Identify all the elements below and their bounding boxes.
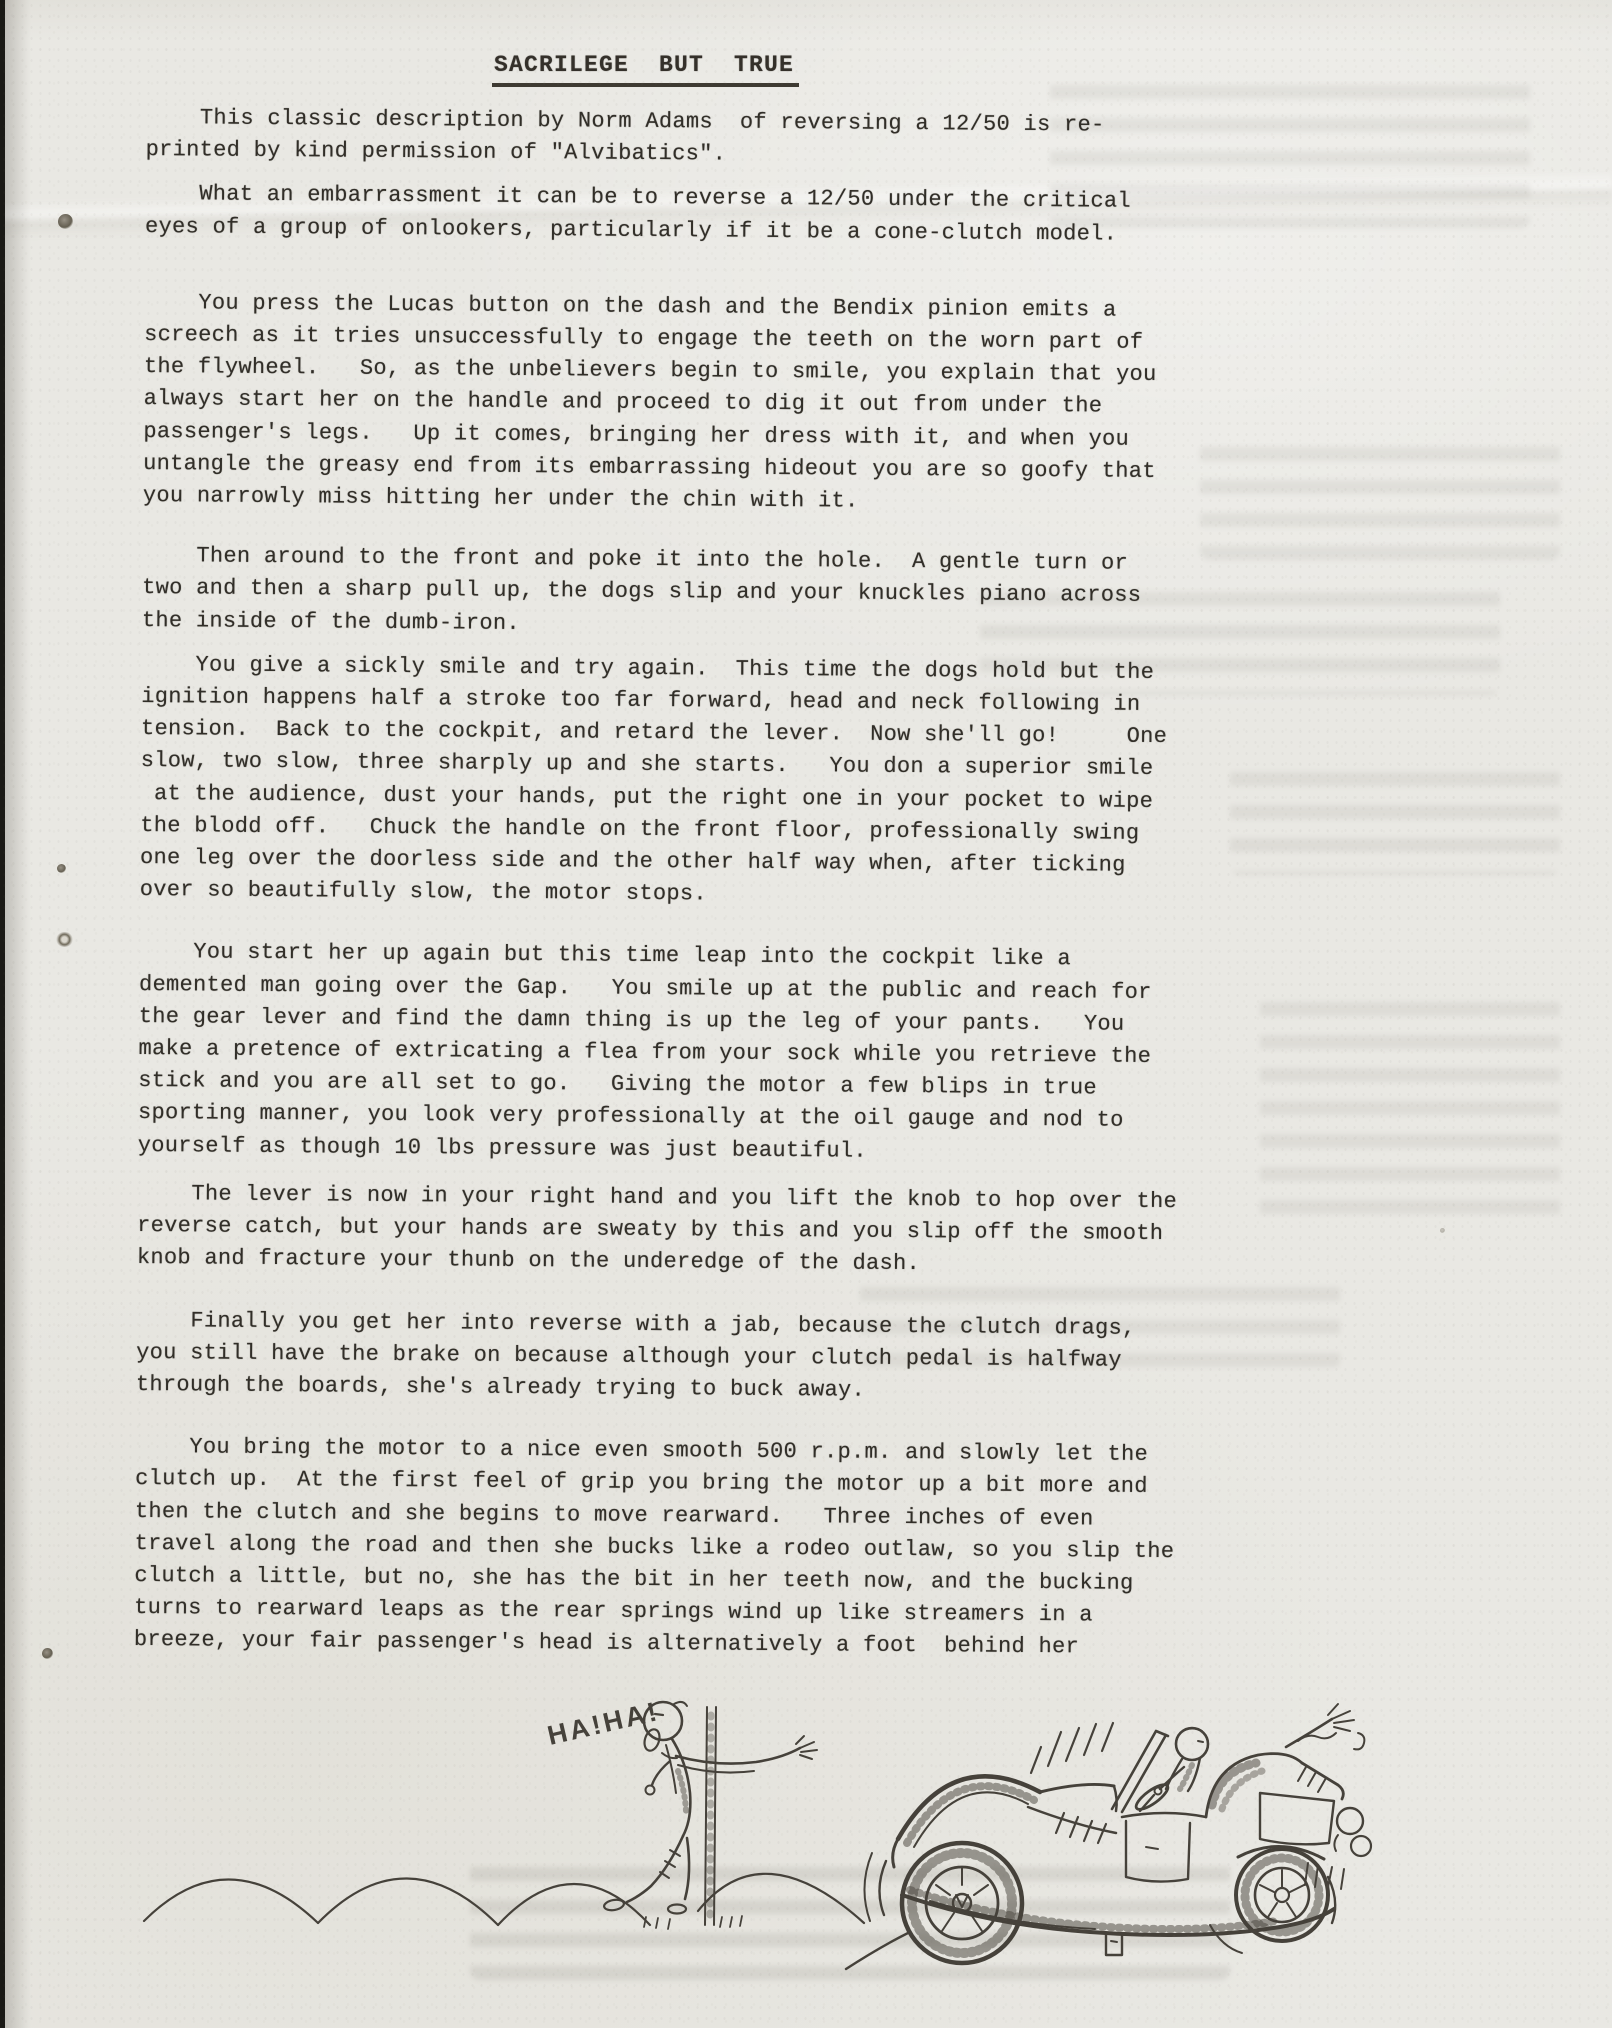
bounce-arcs xyxy=(144,1874,864,1925)
ink-speck xyxy=(56,932,73,947)
bouncing-car-figure xyxy=(846,1704,1371,1969)
ink-speck xyxy=(1440,1228,1445,1233)
laughing-man-figure: HA!HA! xyxy=(545,1696,817,1929)
driver-figure xyxy=(1133,1728,1208,1813)
body-paragraph-4: Then around to the front and poke it int… xyxy=(142,540,1323,646)
body-paragraph-2: What an embarrassment it can be to rever… xyxy=(145,178,1325,252)
body-paragraph-5: You give a sickly smile and try again. T… xyxy=(140,649,1322,916)
body-paragraph-8: Finally you get her into reverse with a … xyxy=(136,1304,1317,1410)
cartoon-illustration: HA!HA! xyxy=(110,1595,1440,2015)
ink-speck xyxy=(42,1648,53,1659)
body-paragraph-1: This classic description by Norm Adams o… xyxy=(145,102,1325,176)
passenger-flying-arm xyxy=(1286,1704,1364,1749)
ink-speck xyxy=(58,214,73,229)
body-paragraph-7: The lever is now in your right hand and … xyxy=(137,1178,1318,1284)
typed-text-body: This classic description by Norm Adams o… xyxy=(134,102,1326,1696)
scanned-page: SACRILEGE BUT TRUE This classic descript… xyxy=(0,0,1612,2028)
exhaust-puff-icon xyxy=(1328,1808,1371,1889)
body-paragraph-3: You press the Lucas button on the dash a… xyxy=(143,287,1325,522)
scan-edge-shadow xyxy=(5,0,31,2028)
page-title: SACRILEGE BUT TRUE xyxy=(492,52,799,87)
body-paragraph-6: You start her up again but this time lea… xyxy=(138,936,1320,1171)
ink-speck xyxy=(57,864,66,873)
